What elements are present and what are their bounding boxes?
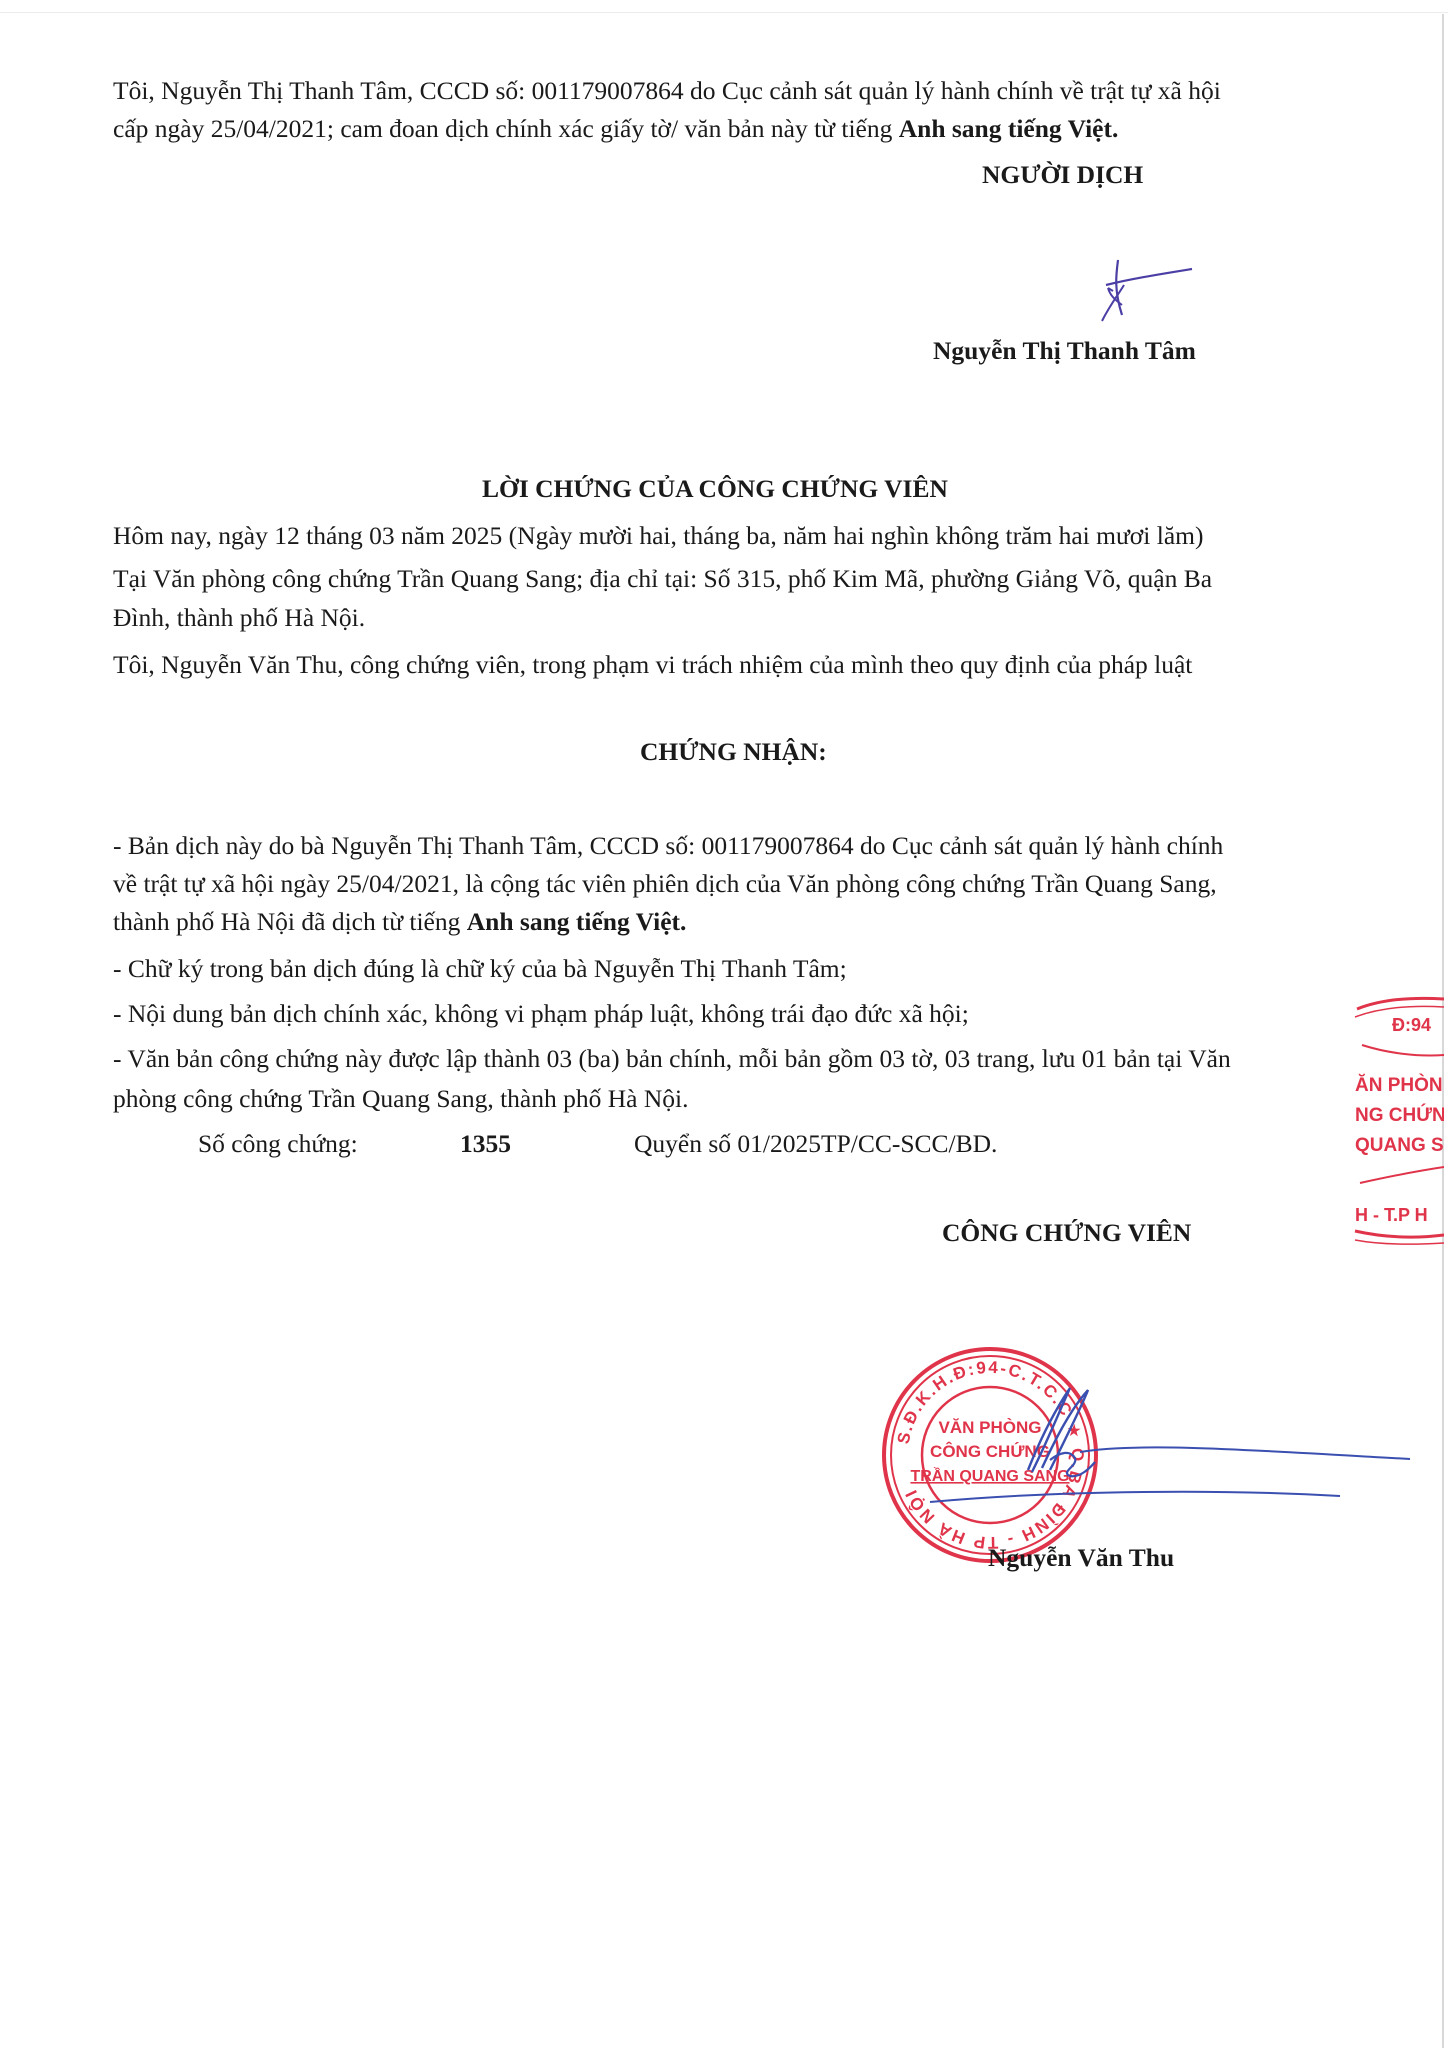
notary-place-line-1: Tại Văn phòng công chứng Trần Quang Sang…	[113, 562, 1212, 596]
notary-identity-line: Tôi, Nguyễn Văn Thu, công chứng viên, tr…	[113, 648, 1192, 682]
certification-item-1-line-3: thành phố Hà Nội đã dịch từ tiếng Anh sa…	[113, 905, 686, 939]
translation-language-pair: Anh sang tiếng Việt.	[899, 114, 1119, 143]
certification-language-pair: Anh sang tiếng Việt.	[467, 907, 687, 936]
notary-signature	[920, 1380, 1420, 1520]
certification-item-1-line-1: - Bản dịch này do bà Nguyễn Thị Thanh Tâ…	[113, 829, 1223, 863]
registry-book: Quyển số 01/2025TP/CC-SCC/BD.	[634, 1127, 997, 1161]
svg-text:QUANG SA: QUANG SA	[1355, 1135, 1444, 1156]
translator-signature	[1100, 255, 1200, 325]
translator-statement-line-2: cấp ngày 25/04/2021; cam đoan dịch chính…	[113, 112, 1118, 146]
translator-heading: NGƯỜI DỊCH	[982, 160, 1143, 190]
certification-item-4-line-2: phòng công chứng Trần Quang Sang, thành …	[113, 1082, 688, 1116]
svg-text:ĂN PHÒN: ĂN PHÒN	[1355, 1074, 1443, 1096]
partial-stamp-text: Đ:94	[1392, 1015, 1431, 1035]
registry-number: 1355	[460, 1127, 511, 1161]
certification-item-1-line-2: về trật tự xã hội ngày 25/04/2021, là cộ…	[113, 867, 1217, 901]
notary-heading: CÔNG CHỨNG VIÊN	[942, 1218, 1191, 1248]
notary-name: Nguyễn Văn Thu	[988, 1543, 1174, 1573]
page-top-edge	[0, 12, 1448, 13]
notary-statement-heading: LỜI CHỨNG CỦA CÔNG CHỨNG VIÊN	[482, 474, 948, 504]
translator-statement-text: cấp ngày 25/04/2021; cam đoan dịch chính…	[113, 114, 899, 143]
certification-item-1-text: thành phố Hà Nội đã dịch từ tiếng	[113, 907, 467, 936]
translator-name: Nguyễn Thị Thanh Tâm	[933, 336, 1196, 366]
certification-item-4-line-1: - Văn bản công chứng này được lập thành …	[113, 1042, 1231, 1076]
registry-label: Số công chứng:	[198, 1127, 358, 1161]
certification-item-2: - Chữ ký trong bản dịch đúng là chữ ký c…	[113, 952, 847, 986]
translator-statement-line-1: Tôi, Nguyễn Thị Thanh Tâm, CCCD số: 0011…	[113, 74, 1221, 108]
certification-heading: CHỨNG NHẬN:	[640, 737, 827, 767]
svg-text:H - T.P H: H - T.P H	[1355, 1205, 1428, 1225]
svg-text:NG CHỨN: NG CHỨN	[1355, 1104, 1444, 1126]
notary-date-line: Hôm nay, ngày 12 tháng 03 năm 2025 (Ngày…	[113, 519, 1203, 553]
partial-stamp-edge: Đ:94 ĂN PHÒN NG CHỨN QUANG SA H - T.P H	[1352, 995, 1444, 1245]
notary-place-line-2: Đình, thành phố Hà Nội.	[113, 601, 365, 635]
certification-item-3: - Nội dung bản dịch chính xác, không vi …	[113, 997, 969, 1031]
